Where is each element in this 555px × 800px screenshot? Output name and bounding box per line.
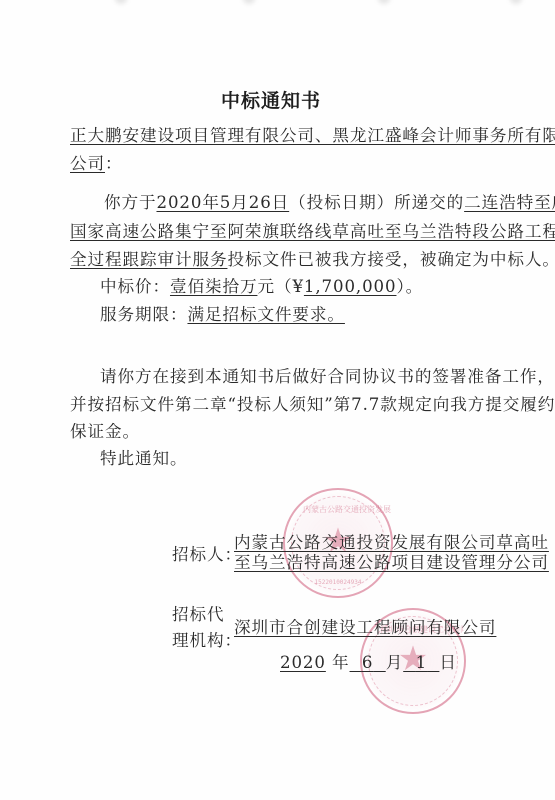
seal-text: 内蒙古公路交通投资发展有限公司草高吐至乌兰浩特高速公路项目建设管理分公司 <box>285 504 391 515</box>
date-month-unit: 月 <box>386 653 404 672</box>
issue-date: 2020 年 6 月 1 日 <box>280 653 457 673</box>
agency-label-line-2: 理机构： <box>172 631 242 651</box>
bid-price-words: 壹佰柒拾万 <box>170 277 257 296</box>
bid-price-number: 1,700,000 <box>304 277 397 296</box>
bid-date: 2020年5月26日 <box>156 193 289 212</box>
date-month: 6 <box>350 653 386 672</box>
date-day-value: 1 <box>416 653 427 672</box>
project-name: 二连浩特至广州 <box>464 193 555 212</box>
date-day-unit: 日 <box>439 653 457 672</box>
paragraph2-line-2: 并按招标文件第二章“投标人须知”第7.7款规定向我方提交履约 <box>70 395 555 415</box>
bid-price-label: 中标价： <box>100 277 170 296</box>
bid-price-line: 中标价：壹佰柒拾万元（¥1,700,000）。 <box>100 277 423 297</box>
project-name: 全过程跟踪审计服务 <box>70 250 227 269</box>
paragraph1-line-1: 你方于2020年5月26日（投标日期）所递交的二连浩特至广州 <box>104 193 555 213</box>
addressee-line-1: 正大鹏安建设项目管理有限公司、黑龙江盛峰会计师事务所有限 <box>70 126 555 146</box>
addressee-line-2: 公司： <box>70 154 123 174</box>
text: 你方于 <box>104 193 156 212</box>
date-year: 2020 <box>280 653 326 672</box>
tenderer-name: 内蒙古公路交通投资发展有限公司草高吐 <box>234 533 549 552</box>
binding-hole <box>115 0 127 4</box>
paragraph2-line-1: 请你方在接到本通知书后做好合同协议书的签署准备工作， <box>100 367 555 387</box>
service-period-line: 服务期限：满足招标文件要求。 <box>100 305 345 325</box>
text: ）。 <box>396 277 423 296</box>
paragraph2-line-3: 保证金。 <box>70 422 140 442</box>
binding-hole <box>510 0 522 4</box>
service-period-label: 服务期限： <box>100 305 187 324</box>
agency-label-line-1: 招标代 <box>172 605 224 625</box>
binding-hole <box>378 0 390 4</box>
agency-name-line: 深圳市合创建设工程顾问有限公司 <box>234 618 496 638</box>
addressee-colon: ： <box>105 154 123 173</box>
date-year-unit: 年 <box>332 653 350 672</box>
addressee-name-cont: 公司 <box>70 154 105 173</box>
document-title: 中标通知书 <box>0 86 542 113</box>
tenderer-name-line-1: 内蒙古公路交通投资发展有限公司草高吐 <box>234 533 549 553</box>
service-period-value: 满足招标文件要求。 <box>187 305 344 324</box>
agency-name: 深圳市合创建设工程顾问有限公司 <box>234 618 496 637</box>
tenderer-name-line-2: 至乌兰浩特高速公路项目建设管理分公司 <box>234 553 549 573</box>
tenderer-name: 至乌兰浩特高速公路项目建设管理分公司 <box>234 553 549 572</box>
text: 投标文件已被我方接受，被确定为中标人。 <box>227 250 555 269</box>
paragraph1-line-3: 全过程跟踪审计服务投标文件已被我方接受，被确定为中标人。 <box>70 250 555 270</box>
binding-hole <box>243 0 255 4</box>
text: （投标日期）所递交的 <box>289 193 464 212</box>
tenderer-label: 招标人： <box>172 545 242 565</box>
addressee-name: 正大鹏安建设项目管理有限公司、黑龙江盛峰会计师事务所有限 <box>70 126 555 145</box>
text: 元（¥ <box>257 277 303 296</box>
closing-text: 特此通知。 <box>100 449 187 469</box>
seal-code: 1522010024934 <box>285 579 391 586</box>
date-month-value: 6 <box>362 653 373 672</box>
notice-page: 中标通知书 正大鹏安建设项目管理有限公司、黑龙江盛峰会计师事务所有限 公司： 你… <box>0 0 555 800</box>
date-day: 1 <box>403 653 439 672</box>
paragraph1-line-2: 国家高速公路集宁至阿荣旗联络线草高吐至乌兰浩特段公路工程 <box>70 222 555 242</box>
project-name: 国家高速公路集宁至阿荣旗联络线草高吐至乌兰浩特段公路工程 <box>70 222 555 241</box>
